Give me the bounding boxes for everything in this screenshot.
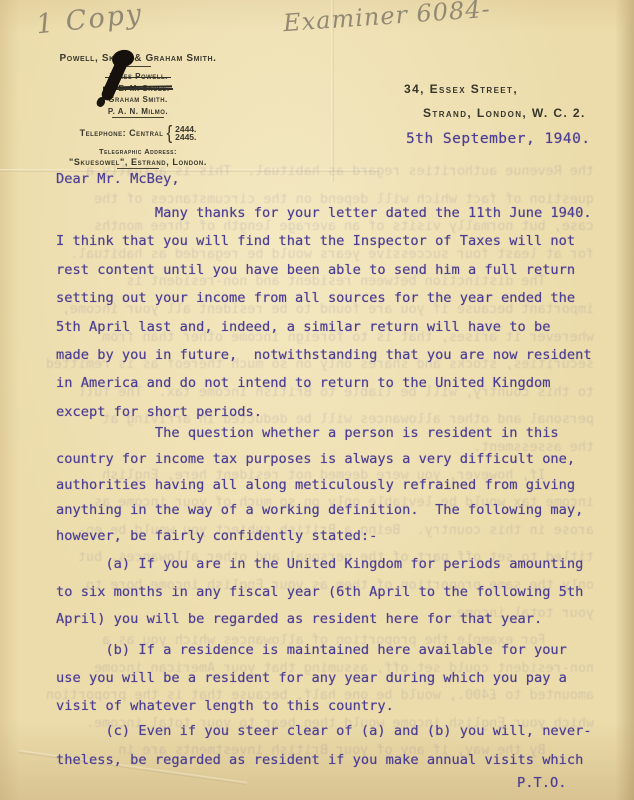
paragraph-3-item-a: (a) If you are in the United Kingdom for… bbox=[56, 551, 583, 634]
telephone-label: Telephone: Central bbox=[80, 128, 164, 138]
address-line-1: 34, Essex Street, bbox=[404, 82, 518, 96]
scanned-letter-page: the Revenue authorities regard as habitu… bbox=[0, 0, 634, 800]
pto-note: P.T.O. bbox=[517, 775, 566, 791]
paragraph-4-item-b: (b) If a residence is maintained here av… bbox=[56, 636, 567, 720]
pencil-copy-annotation: 1 Copy bbox=[35, 0, 145, 41]
telephone-numbers: 2444. 2445. bbox=[175, 125, 196, 142]
paragraph-2: The question whether a person is residen… bbox=[56, 421, 583, 550]
telegraphic-address-label: Telegraphic Address: bbox=[38, 147, 238, 156]
ink-blot-stroke bbox=[100, 54, 130, 103]
telegraphic-address-underline bbox=[117, 168, 159, 169]
paragraph-1: Many thanks for your letter dated the 11… bbox=[56, 199, 592, 426]
partners-underline bbox=[112, 117, 164, 118]
salutation: Dear Mr. McBey, bbox=[56, 171, 180, 187]
paragraph-5-item-c: (c) Even if you steer clear of (a) and (… bbox=[56, 717, 592, 775]
ink-blot bbox=[96, 50, 146, 108]
letter-date: 5th September, 1940. bbox=[406, 131, 591, 147]
telephone-line: Telephone: Central { 2444. 2445. bbox=[38, 123, 238, 143]
address-line-2: Strand, London, W. C. 2. bbox=[423, 106, 586, 120]
pencil-examiner-annotation: Examiner 6084- bbox=[282, 0, 491, 37]
brace-glyph: { bbox=[166, 122, 172, 145]
telegraphic-address: "Skuesowel", Estrand, London. bbox=[38, 157, 238, 167]
telephone-number-2: 2445. bbox=[175, 133, 196, 142]
